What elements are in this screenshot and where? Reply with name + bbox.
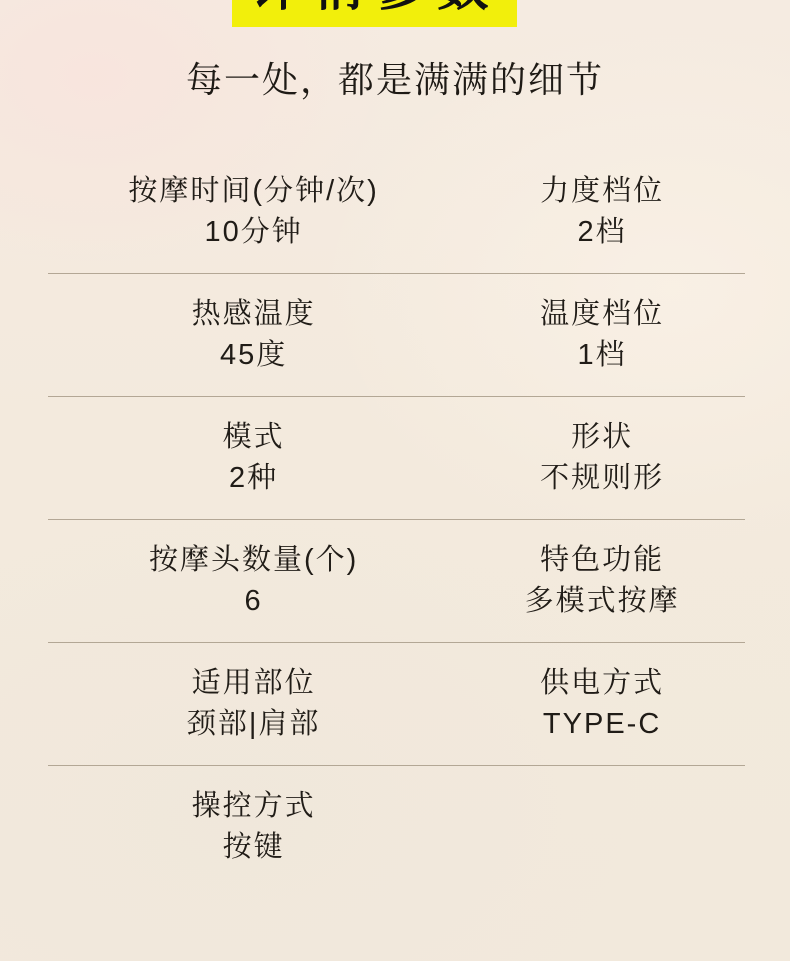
spec-value: 颈部|肩部 [187, 709, 321, 741]
spec-cell-massage-time: 按摩时间(分钟/次) 10分钟 [48, 151, 459, 273]
spec-cell-power-supply: 供电方式 TYPE-C [459, 643, 745, 765]
spec-cell-shape: 形状 不规则形 [459, 397, 745, 519]
spec-row-3: 模式 2种 形状 不规则形 [48, 397, 745, 520]
spec-value: 不规则形 [540, 463, 664, 495]
spec-cell-heat-temperature: 热感温度 45度 [48, 274, 459, 396]
spec-label: 按摩头数量(个) [149, 545, 358, 577]
spec-cell-massage-head-count: 按摩头数量(个) 6 [48, 520, 459, 642]
spec-value: 2种 [229, 463, 278, 495]
spec-label: 形状 [571, 422, 633, 454]
spec-cell-modes: 模式 2种 [48, 397, 459, 519]
spec-value: 1档 [578, 340, 627, 372]
spec-label: 供电方式 [540, 668, 664, 700]
spec-table: 按摩时间(分钟/次) 10分钟 力度档位 2档 热感温度 45度 温度档位 1档… [48, 151, 745, 888]
spec-cell-special-feature: 特色功能 多模式按摩 [459, 520, 745, 642]
spec-label: 模式 [223, 422, 285, 454]
spec-cell-applicable-parts: 适用部位 颈部|肩部 [48, 643, 459, 765]
spec-row-1: 按摩时间(分钟/次) 10分钟 力度档位 2档 [48, 151, 745, 274]
spec-label: 按摩时间(分钟/次) [128, 176, 378, 208]
spec-label: 温度档位 [540, 299, 664, 331]
spec-value: 按键 [223, 832, 285, 864]
spec-cell-temperature-levels: 温度档位 1档 [459, 274, 745, 396]
spec-label: 特色功能 [540, 545, 664, 577]
spec-value: TYPE-C [543, 709, 661, 741]
spec-row-4: 按摩头数量(个) 6 特色功能 多模式按摩 [48, 520, 745, 643]
spec-cell-intensity-levels: 力度档位 2档 [459, 151, 745, 273]
page-subtitle: 每一处，都是满满的细节 [0, 52, 790, 103]
page-title-highlight: 详情参数 [232, 0, 517, 27]
spec-value: 10分钟 [204, 217, 302, 249]
spec-row-2: 热感温度 45度 温度档位 1档 [48, 274, 745, 397]
spec-value: 多模式按摩 [525, 586, 680, 618]
spec-label: 力度档位 [540, 176, 664, 208]
spec-value: 45度 [220, 340, 287, 372]
spec-cell-control-method: 操控方式 按键 [48, 766, 459, 888]
spec-label: 操控方式 [192, 791, 316, 823]
spec-row-6: 操控方式 按键 [48, 766, 745, 888]
spec-value: 2档 [578, 217, 627, 249]
spec-label: 热感温度 [192, 299, 316, 331]
spec-row-5: 适用部位 颈部|肩部 供电方式 TYPE-C [48, 643, 745, 766]
spec-label: 适用部位 [192, 668, 316, 700]
spec-cell-empty [459, 766, 745, 888]
page-title-cropped-text: 详情参数 [232, 0, 517, 18]
spec-value: 6 [245, 586, 263, 618]
